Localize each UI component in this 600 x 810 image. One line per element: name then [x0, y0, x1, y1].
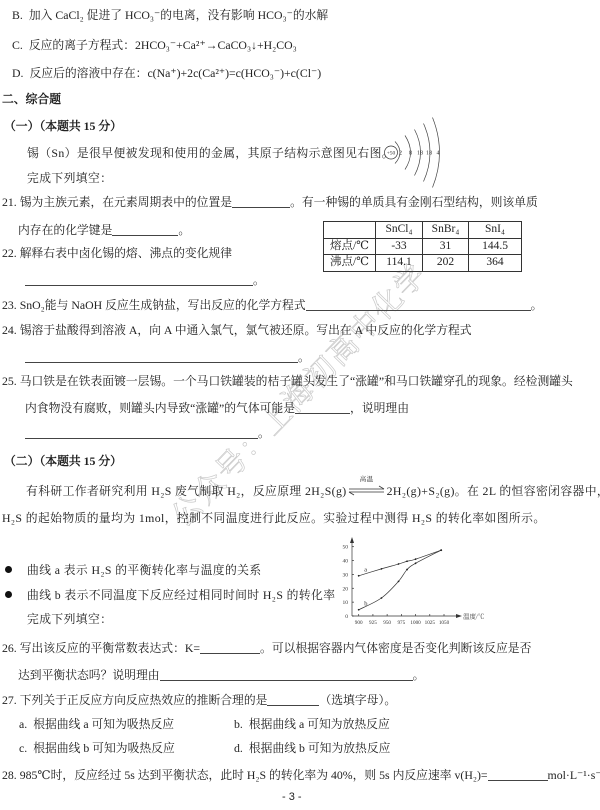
question-text: （选填字母）。: [319, 693, 396, 707]
bullet-item-curve-a: 曲线 a 表示 H₂S 的平衡转化率与温度的关系: [27, 563, 262, 577]
question-text: 解释右表中卤化锡的熔、沸点的变化规律: [20, 246, 232, 260]
question-text: 。: [178, 223, 190, 237]
question-number: 22.: [2, 246, 17, 260]
data-point-marker: [358, 575, 360, 577]
q27-option-d: d.根据曲线 b 可知为放热反应: [234, 741, 390, 755]
question-number: 28.: [2, 768, 17, 782]
data-point-marker: [398, 580, 400, 582]
table-cell: 31: [423, 238, 469, 255]
part2-intro-line2: H₂S 的起始物质的量均为 1mol，控制不同温度进行此反应。实验过程中测得 H…: [2, 511, 546, 525]
question-text: 内食物没有腐败，则罐头内导致“涨罐”的气体可能是: [25, 401, 295, 415]
question-text: 下列关于正反应方向反应热效应的推断合理的是: [20, 693, 268, 707]
bullet-icon: [5, 566, 12, 573]
data-point-marker: [440, 549, 442, 551]
question-21-line1: 21. 锡为主族元素，在元素周期表中的位置是。有一种锡的单质具有金刚石型结构，则…: [2, 195, 538, 209]
q27-option-c: c.根据曲线 b 可知为吸热反应: [19, 741, 175, 755]
y-tick-label: 10: [343, 600, 349, 606]
shell-electron-count: 2: [399, 151, 402, 157]
y-tick-label: 40: [343, 559, 349, 565]
table-row: 熔点/℃ -33 31 144.5: [324, 238, 522, 255]
option-text: 根据曲线 a 可知为吸热反应: [33, 717, 174, 731]
option-text: 加入 CaCl₂ 促进了 HCO₃⁻的电离，没有影响 HCO₃⁻的水解: [29, 8, 328, 22]
question-21-line2: 内存在的化学键是。: [18, 223, 190, 237]
option-letter: b.: [234, 717, 243, 731]
question-text: 马口铁是在铁表面镀一层锡。一个马口铁罐装的桔子罐头发生了“涨罐”和马口铁罐穿孔的…: [20, 374, 573, 388]
conversion-chart: 01020304050900925950975100010251050温度/℃a…: [330, 535, 490, 630]
option-letter: C.: [12, 38, 23, 52]
option-letter: B.: [12, 8, 23, 22]
question-text: SnO₂能与 NaOH 反应生成钠盐，写出反应的化学方程式: [20, 298, 306, 312]
question-text: 达到平衡状态吗？说明理由: [18, 668, 160, 682]
tin-halide-table: SnCl₄ SnBr₄ SnI₄ 熔点/℃ -33 31 144.5 沸点/℃ …: [323, 221, 522, 272]
period: 。: [258, 426, 270, 440]
q27-option-a: a.根据曲线 a 可知为吸热反应: [19, 717, 174, 731]
answer-blank: [232, 195, 290, 208]
question-text: 。有一种锡的单质具有金刚石型结构，则该单质: [290, 195, 538, 209]
question-25-line1: 25. 马口铁是在铁表面镀一层锡。一个马口铁罐装的桔子罐头发生了“涨罐”和马口铁…: [2, 374, 573, 388]
part2-instruction: 完成下列填空：: [27, 612, 112, 626]
option-letter: d.: [234, 741, 243, 755]
page-number: - 3 -: [282, 790, 302, 804]
option-text: 反应后的溶液中存在：c(Na⁺)+2c(Ca²⁺)=c(HCO₃⁻)+c(Cl⁻…: [29, 66, 321, 80]
intro-text: 2H₂(g)+S₂(g)。在 2L 的恒容密闭容器中，: [387, 484, 600, 498]
table-cell: 364: [469, 255, 522, 272]
answer-blank: [200, 641, 260, 654]
curve-a: [359, 550, 441, 576]
y-tick-label: 30: [343, 572, 349, 578]
data-point-marker: [415, 558, 417, 560]
x-tick-label: 900: [355, 620, 363, 626]
question-28: 28. 985℃时，反应经过 5s 达到平衡状态，此时 H₂S 的转化率为 40…: [2, 768, 600, 782]
option-letter: a.: [19, 717, 27, 731]
question-number: 23.: [2, 298, 17, 312]
equilibrium-arrow-icon: [347, 484, 387, 496]
question-26-line2: 达到平衡状态吗？说明理由。: [18, 668, 424, 682]
question-text: 。可以根据容器内气体密度是否变化判断该反应是否: [260, 641, 531, 655]
prev-option-b: B.加入 CaCl₂ 促进了 HCO₃⁻的电离，没有影响 HCO₃⁻的水解: [12, 8, 328, 22]
question-text: 内存在的化学键是: [18, 223, 112, 237]
x-tick-label: 925: [369, 620, 377, 626]
table-cell: 144.5: [469, 238, 522, 255]
question-24-answer-line: 。: [25, 350, 310, 364]
part1-title: （一）（本题共 15 分）: [4, 119, 122, 133]
question-text: 写出该反应的平衡常数表达式：K=: [20, 641, 200, 655]
answer-blank: [295, 401, 350, 414]
prev-option-c: C.反应的离子方程式：2HCO₃⁻+Ca²⁺→CaCO₃↓+H₂CO₃: [12, 38, 297, 52]
option-text: 反应的离子方程式：2HCO₃⁻+Ca²⁺→CaCO₃↓+H₂CO₃: [29, 38, 297, 52]
period: 。: [531, 298, 543, 312]
data-point-marker: [398, 563, 400, 565]
x-tick-label: 950: [383, 620, 391, 626]
option-text: 根据曲线 a 可知为放热反应: [249, 717, 390, 731]
y-tick-label: 50: [343, 545, 349, 551]
question-number: 26.: [2, 641, 17, 655]
period: 。: [298, 350, 310, 364]
data-point-marker: [358, 609, 360, 611]
x-axis-label: 温度/℃: [463, 612, 484, 621]
data-point-marker: [406, 569, 408, 571]
data-point-marker: [381, 597, 383, 599]
answer-blank: [306, 298, 531, 311]
answer-blank: [112, 223, 178, 236]
question-27: 27. 下列关于正反应方向反应热效应的推断合理的是（选填字母）。: [2, 693, 396, 707]
period: 。: [413, 668, 425, 682]
option-text: 根据曲线 b 可知为吸热反应: [33, 741, 175, 755]
answer-blank: [25, 350, 298, 363]
answer-blank: [488, 768, 548, 781]
data-point-marker: [381, 568, 383, 570]
option-letter: c.: [19, 741, 27, 755]
question-text: ，说明理由: [350, 401, 409, 415]
intro-text: 有科研工作者研究利用 H₂S 废气制取 H₂，反应原理 2H₂S(g): [26, 484, 347, 498]
bullet-item-curve-b: 曲线 b 表示不同温度下反应经过相同时间时 H₂S 的转化率: [27, 588, 335, 602]
bullet-icon: [5, 591, 12, 598]
table-cell: 114.1: [376, 255, 423, 272]
part1-intro: 锡（Sn）是很早便被发现和使用的金属，其原子结构示意图见右图。: [27, 146, 394, 160]
shell-electron-count: 4: [437, 151, 440, 157]
data-point-marker: [415, 562, 417, 564]
shell-electron-count: 8: [409, 151, 412, 157]
x-tick-label: 1050: [439, 620, 450, 626]
curve-b: [359, 550, 441, 610]
question-25-answer-line: 。: [25, 426, 270, 440]
curve-label-b: b: [364, 600, 367, 607]
option-text: 根据曲线 b 可知为放热反应: [249, 741, 391, 755]
question-number: 21.: [2, 195, 17, 209]
shell-electron-count: 18: [426, 151, 432, 157]
curve-label-a: a: [364, 566, 367, 573]
table-header-cell: SnI₄: [469, 222, 522, 239]
unit-text: mol·L⁻¹·s⁻¹。: [548, 768, 600, 782]
y-tick-label: 0: [345, 614, 348, 620]
reversible-arrow: 高温: [347, 482, 387, 496]
table-cell: 202: [423, 255, 469, 272]
row-label: 沸点/℃: [324, 255, 376, 272]
question-22-answer-line: 。: [25, 273, 265, 287]
table-header-cell: SnBr₄: [423, 222, 469, 239]
y-tick-label: 20: [343, 586, 349, 592]
prev-option-d: D.反应后的溶液中存在：c(Na⁺)+2c(Ca²⁺)=c(HCO₃⁻)+c(C…: [12, 66, 321, 80]
answer-blank: [160, 668, 413, 681]
table-header-cell: [324, 222, 376, 239]
period: 。: [253, 273, 265, 287]
question-text: 985℃时，反应经过 5s 达到平衡状态，此时 H₂S 的转化率为 40%，则 …: [20, 768, 488, 782]
x-tick-label: 975: [397, 620, 405, 626]
table-header-cell: SnCl₄: [376, 222, 423, 239]
q27-option-b: b.根据曲线 a 可知为放热反应: [234, 717, 390, 731]
table-row: 沸点/℃ 114.1 202 364: [324, 255, 522, 272]
answer-blank: [25, 273, 253, 286]
part2-intro-line1: 有科研工作者研究利用 H₂S 废气制取 H₂，反应原理 2H₂S(g)高温2H₂…: [26, 482, 600, 498]
question-23: 23. SnO₂能与 NaOH 反应生成钠盐，写出反应的化学方程式。: [2, 298, 542, 312]
question-24: 24. 锡溶于盐酸得到溶液 A，向 A 中通入氯气，氯气被还原。写出在 A 中反…: [2, 323, 472, 337]
question-text: 锡溶于盐酸得到溶液 A，向 A 中通入氯气，氯气被还原。写出在 A 中反应的化学…: [20, 323, 472, 337]
x-axis-arrow-icon: [456, 614, 462, 618]
question-26-line1: 26. 写出该反应的平衡常数表达式：K=。可以根据容器内气体密度是否变化判断该反…: [2, 641, 531, 655]
x-tick-label: 1000: [410, 620, 421, 626]
question-number: 25.: [2, 374, 17, 388]
data-point-marker: [406, 560, 408, 562]
x-tick-label: 1025: [425, 620, 436, 626]
answer-blank: [25, 426, 258, 439]
option-letter: D.: [12, 66, 23, 80]
question-25-line2: 内食物没有腐败，则罐头内导致“涨罐”的气体可能是，说明理由: [25, 401, 409, 415]
table-header-row: SnCl₄ SnBr₄ SnI₄: [324, 222, 522, 239]
y-axis-arrow-icon: [350, 537, 354, 543]
answer-blank: [267, 693, 319, 706]
shell-electron-count: 18: [417, 151, 423, 157]
tin-atom-structure-diagram: +502818184: [378, 112, 450, 194]
table-cell: -33: [376, 238, 423, 255]
part2-title: （二）（本题共 15 分）: [4, 454, 122, 468]
part1-instruction: 完成下列填空：: [27, 171, 112, 185]
question-22: 22. 解释右表中卤化锡的熔、沸点的变化规律: [2, 246, 232, 260]
question-number: 27.: [2, 693, 17, 707]
nucleus-charge: +50: [387, 151, 396, 157]
section-title: 二、综合题: [2, 92, 61, 106]
reaction-condition: 高温: [347, 475, 387, 483]
row-label: 熔点/℃: [324, 238, 376, 255]
question-text: 锡为主族元素，在元素周期表中的位置是: [20, 195, 232, 209]
question-number: 24.: [2, 323, 17, 337]
